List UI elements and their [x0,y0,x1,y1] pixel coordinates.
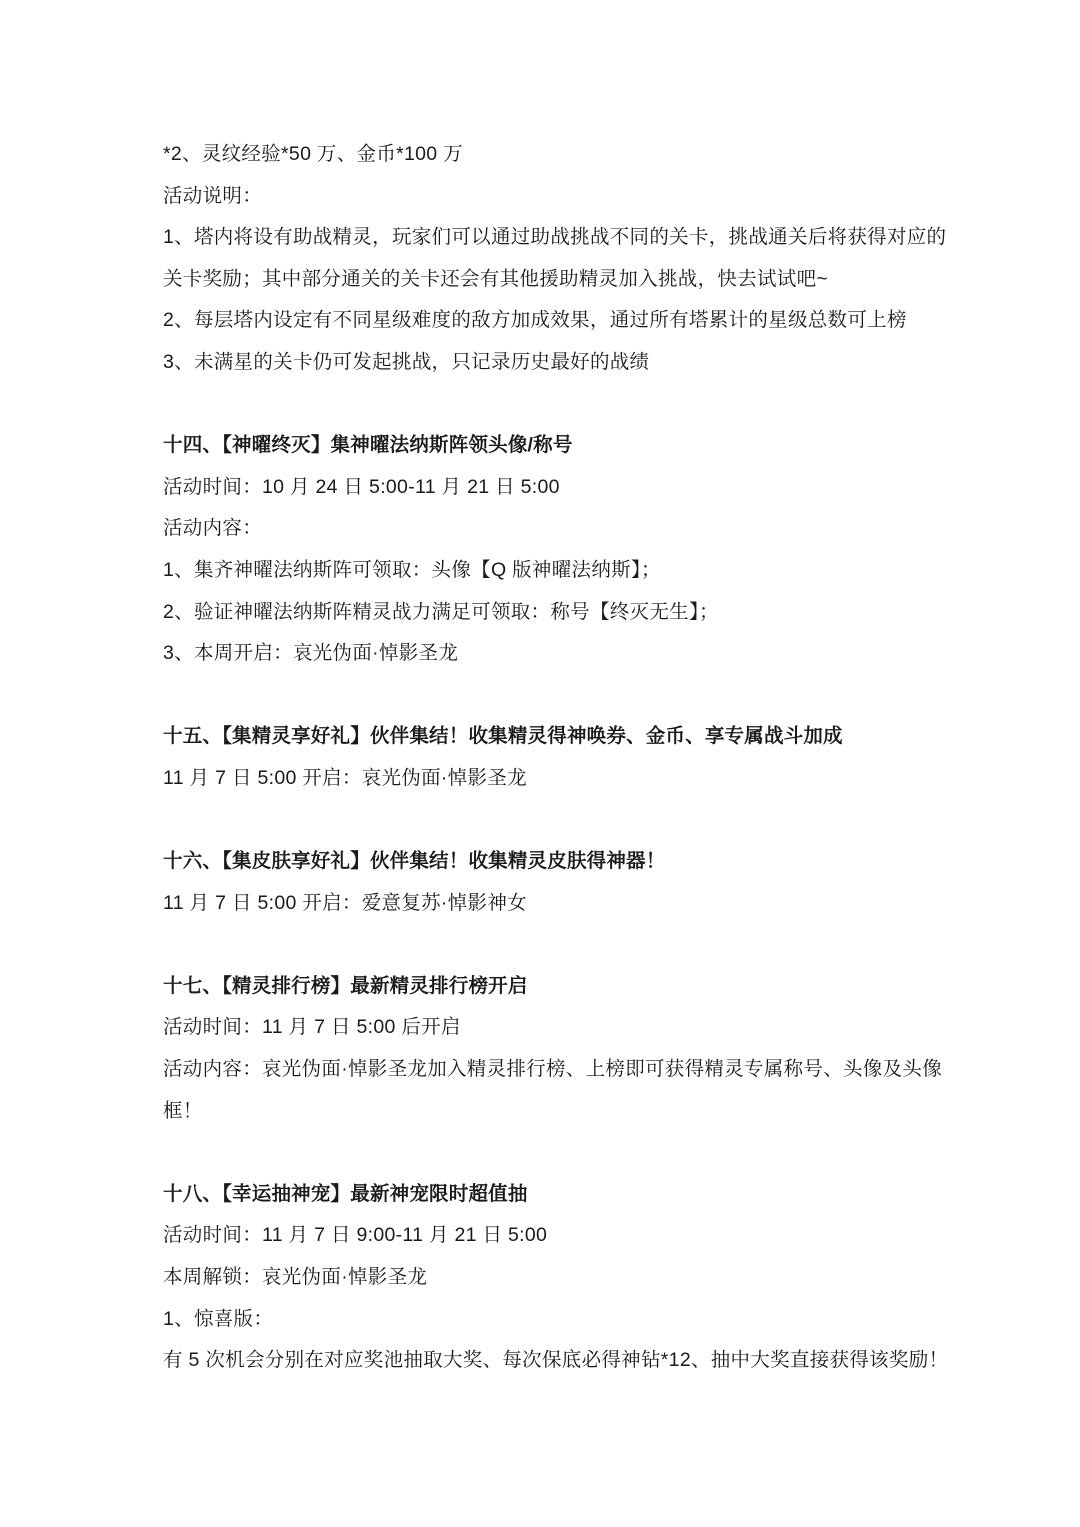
document-section: 十七、【精灵排行榜】最新精灵排行榜开启活动时间：11 月 7 日 5:00 后开… [163,966,960,1132]
text-line: 2、验证神曜法纳斯阵精灵战力满足可领取：称号【终灭无生】； [163,592,960,634]
text-line: 活动说明： [163,176,960,218]
document-section: 十八、【幸运抽神宠】最新神宠限时超值抽活动时间：11 月 7 日 9:00-11… [163,1174,960,1382]
document-content: *2、灵纹经验*50 万、金币*100 万活动说明：1、塔内将设有助战精灵，玩家… [163,134,960,1382]
section-heading: 十五、【集精灵享好礼】伙伴集结！收集精灵得神唤券、金币、享专属战斗加成 [163,716,960,758]
text-line: 活动内容：哀光伪面·悼影圣龙加入精灵排行榜、上榜即可获得精灵专属称号、头像及头像 [163,1049,960,1091]
text-line: 本周解锁：哀光伪面·悼影圣龙 [163,1257,960,1299]
text-line: 2、每层塔内设定有不同星级难度的敌方加成效果，通过所有塔累计的星级总数可上榜 [163,300,960,342]
text-line: 框！ [163,1091,960,1133]
text-line: 有 5 次机会分别在对应奖池抽取大奖、每次保底必得神钻*12、抽中大奖直接获得该… [163,1340,960,1382]
section-heading: 十七、【精灵排行榜】最新精灵排行榜开启 [163,966,960,1008]
section-heading: 十八、【幸运抽神宠】最新神宠限时超值抽 [163,1174,960,1216]
text-line: 1、塔内将设有助战精灵，玩家们可以通过助战挑战不同的关卡，挑战通关后将获得对应的 [163,217,960,259]
text-line: 活动内容： [163,508,960,550]
section-heading: 十四、【神曜终灭】集神曜法纳斯阵领头像/称号 [163,425,960,467]
document-section: *2、灵纹经验*50 万、金币*100 万活动说明：1、塔内将设有助战精灵，玩家… [163,134,960,384]
text-line: 1、集齐神曜法纳斯阵可领取：头像【Q 版神曜法纳斯】； [163,550,960,592]
section-heading: 十六、【集皮肤享好礼】伙伴集结！收集精灵皮肤得神器！ [163,841,960,883]
document-section: 十六、【集皮肤享好礼】伙伴集结！收集精灵皮肤得神器！11 月 7 日 5:00 … [163,841,960,924]
text-line: 关卡奖励；其中部分通关的关卡还会有其他援助精灵加入挑战，快去试试吧~ [163,259,960,301]
text-line: 3、未满星的关卡仍可发起挑战，只记录历史最好的战绩 [163,342,960,384]
text-line: *2、灵纹经验*50 万、金币*100 万 [163,134,960,176]
text-line: 活动时间：11 月 7 日 9:00-11 月 21 日 5:00 [163,1215,960,1257]
document-section: 十四、【神曜终灭】集神曜法纳斯阵领头像/称号活动时间：10 月 24 日 5:0… [163,425,960,675]
text-line: 1、惊喜版： [163,1299,960,1341]
text-line: 11 月 7 日 5:00 开启：哀光伪面·悼影圣龙 [163,758,960,800]
document-page: *2、灵纹经验*50 万、金币*100 万活动说明：1、塔内将设有助战精灵，玩家… [0,0,1080,1527]
text-line: 3、本周开启：哀光伪面·悼影圣龙 [163,633,960,675]
text-line: 活动时间：11 月 7 日 5:00 后开启 [163,1007,960,1049]
text-line: 11 月 7 日 5:00 开启：爱意复苏·悼影神女 [163,883,960,925]
document-section: 十五、【集精灵享好礼】伙伴集结！收集精灵得神唤券、金币、享专属战斗加成11 月 … [163,716,960,799]
text-line: 活动时间：10 月 24 日 5:00-11 月 21 日 5:00 [163,467,960,509]
